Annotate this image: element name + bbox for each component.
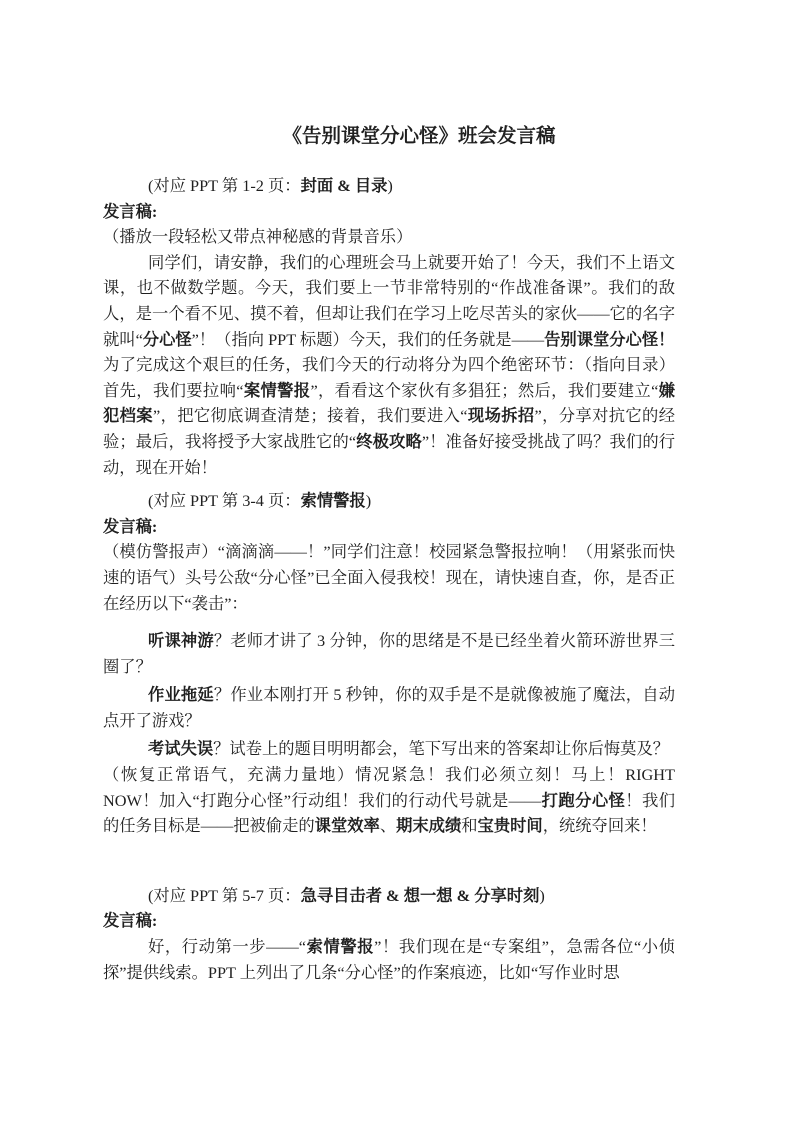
- bold-text-run: 案情警报: [243, 381, 310, 400]
- bold-text-run: 急寻目击者 & 想一想 & 分享时刻: [301, 886, 540, 905]
- speech-label: 发言稿:: [103, 908, 675, 934]
- bold-text-run: 打跑分心怪: [541, 791, 625, 810]
- section-header: (对应 PPT 第 3-4 页：索情警报): [103, 488, 675, 514]
- bold-text-run: 索情警报: [306, 937, 374, 956]
- section-header: (对应 PPT 第 5-7 页：急寻目击者 & 想一想 & 分享时刻): [103, 883, 675, 909]
- paragraph: 为了完成这个艰巨的任务，我们今天的行动将分为四个绝密环节：（指向目录）首先，我们…: [103, 352, 675, 480]
- bold-text-run: 索情警报: [301, 491, 366, 510]
- paragraph: 作业拖延？作业本刚打开 5 秒钟，你的双手是不是就像被施了魔法，自动点开了游戏？: [103, 682, 675, 733]
- document-title: 《告别课堂分心怪》班会发言稿: [103, 120, 675, 154]
- section-2: (对应 PPT 第 3-4 页：索情警报)发言稿:（模仿警报声）“滴滴滴——！”…: [103, 488, 675, 839]
- text-run: ): [539, 886, 544, 905]
- document-page: 《告别课堂分心怪》班会发言稿 (对应 PPT 第 1-2 页：封面 & 目录)发…: [0, 0, 793, 1122]
- bold-text-run: 考试失误: [148, 739, 213, 758]
- paragraph: （播放一段轻松又带点神秘感的背景音乐）: [103, 224, 675, 250]
- bold-text-run: 期末成绩: [396, 816, 461, 835]
- speech-label: 发言稿:: [103, 199, 675, 225]
- paragraph: （恢复正常语气，充满力量地）情况紧急！我们必须立刻！马上！RIGHT NOW！加…: [103, 762, 675, 839]
- text-run: （模仿警报声）“滴滴滴——！”同学们注意！校园紧急警报拉响！（用紧张而快速的语气…: [103, 542, 675, 612]
- bold-text-run: 听课神游: [148, 631, 214, 650]
- bold-text-run: 告别课堂分心怪！: [544, 330, 674, 349]
- section-3: (对应 PPT 第 5-7 页：急寻目击者 & 想一想 & 分享时刻)发言稿:好…: [103, 883, 675, 985]
- bold-text-run: 终极攻略: [356, 432, 422, 451]
- bold-text-run: 分心怪: [143, 330, 192, 349]
- text-run: 好，行动第一步——“: [148, 937, 306, 956]
- document-sections: (对应 PPT 第 1-2 页：封面 & 目录)发言稿:（播放一段轻松又带点神秘…: [103, 173, 675, 985]
- text-run: ？试卷上的题目明明都会，笔下写出来的答案却让你后悔莫及？: [213, 739, 669, 758]
- text-run: 和: [461, 816, 477, 835]
- text-run: （播放一段轻松又带点神秘感的背景音乐）: [103, 227, 412, 246]
- paragraph: （模仿警报声）“滴滴滴——！”同学们注意！校园紧急警报拉响！（用紧张而快速的语气…: [103, 539, 675, 616]
- paragraph: 听课神游？老师才讲了 3 分钟，你的思绪是不是已经坐着火箭环游世界三圈了？: [103, 628, 675, 679]
- speech-label: 发言稿:: [103, 514, 675, 540]
- section-header: (对应 PPT 第 1-2 页：封面 & 目录): [103, 173, 675, 199]
- bold-text-run: 现场拆招: [468, 406, 535, 425]
- paragraph: 同学们，请安静，我们的心理班会马上就要开始了！今天，我们不上语文课，也不做数学题…: [103, 250, 675, 352]
- paragraph: 好，行动第一步——“索情警报”！我们现在是“专案组”，急需各位“小侦探”提供线索…: [103, 934, 675, 985]
- bold-text-run: 课堂效率: [315, 816, 380, 835]
- text-run: (对应 PPT 第 3-4 页：: [148, 491, 301, 510]
- text-run: ): [366, 491, 371, 510]
- bold-text-run: 宝贵时间: [478, 816, 543, 835]
- text-run: (对应 PPT 第 1-2 页：: [148, 176, 301, 195]
- bold-text-run: 封面 & 目录: [301, 176, 388, 195]
- section-1: (对应 PPT 第 1-2 页：封面 & 目录)发言稿:（播放一段轻松又带点神秘…: [103, 173, 675, 480]
- text-run: ”！（指向 PPT 标题）今天，我们的任务就是——: [192, 330, 544, 349]
- paragraph: 考试失误？试卷上的题目明明都会，笔下写出来的答案却让你后悔莫及？: [103, 736, 675, 762]
- bold-text-run: 作业拖延: [148, 685, 214, 704]
- text-run: ): [387, 176, 392, 195]
- text-run: 、: [380, 816, 396, 835]
- text-run: (对应 PPT 第 5-7 页：: [148, 886, 301, 905]
- text-run: ，统统夺回来！: [543, 816, 657, 835]
- text-run: ”，把它彻底调查清楚；接着，我们要进入“: [153, 406, 468, 425]
- text-run: ”，看看这个家伙有多猖狂；然后，我们要建立“: [310, 381, 658, 400]
